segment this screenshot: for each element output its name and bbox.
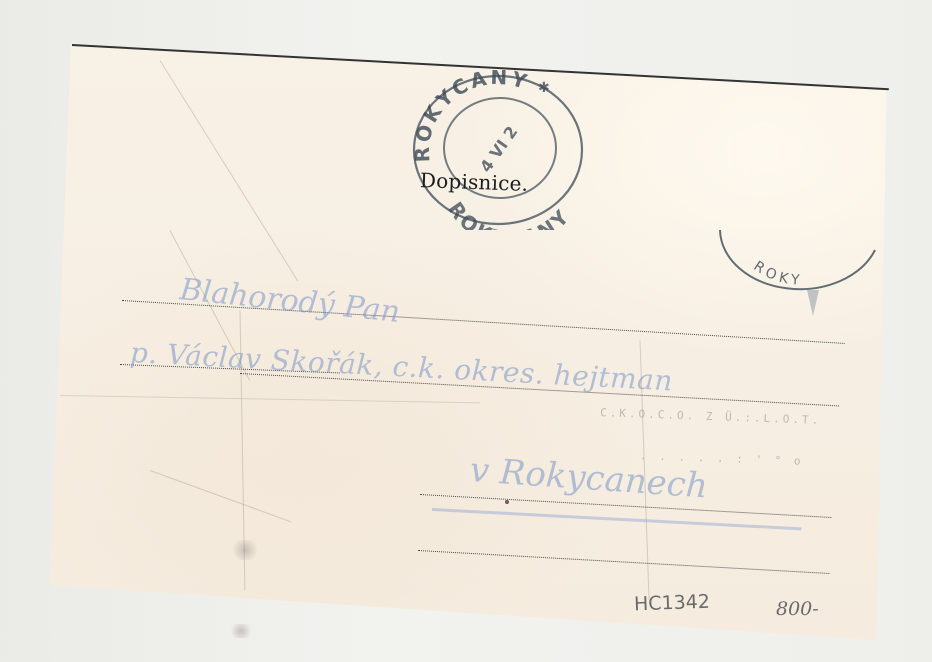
postmark-top-text: ROKYCANY xyxy=(410,70,533,163)
svg-text:ROKYCANY: ROKYCANY xyxy=(443,197,575,230)
postmark-stamp: ROKYCANY ROKYCANY 4 VI 2 ✱ xyxy=(408,70,584,230)
postmark-star-icon: ✱ xyxy=(538,80,550,96)
postmark-partial: ROKY xyxy=(715,140,885,320)
postmark-partial-text: ROKY xyxy=(751,258,804,289)
price-note: 800- xyxy=(776,598,819,620)
catalog-number-note: HC1342 xyxy=(634,591,711,616)
svg-text:ROKYCANY: ROKYCANY xyxy=(410,70,533,163)
postmark-bottom-text: ROKYCANY xyxy=(443,197,575,230)
dirt-speck xyxy=(228,624,254,638)
dirt-speck xyxy=(230,540,260,560)
postcard-title: Dopisnice. xyxy=(420,168,529,196)
svg-text:ROKY: ROKY xyxy=(751,258,804,289)
postmark-date: 4 VI 2 xyxy=(476,122,521,175)
dirt-speck xyxy=(505,500,509,504)
